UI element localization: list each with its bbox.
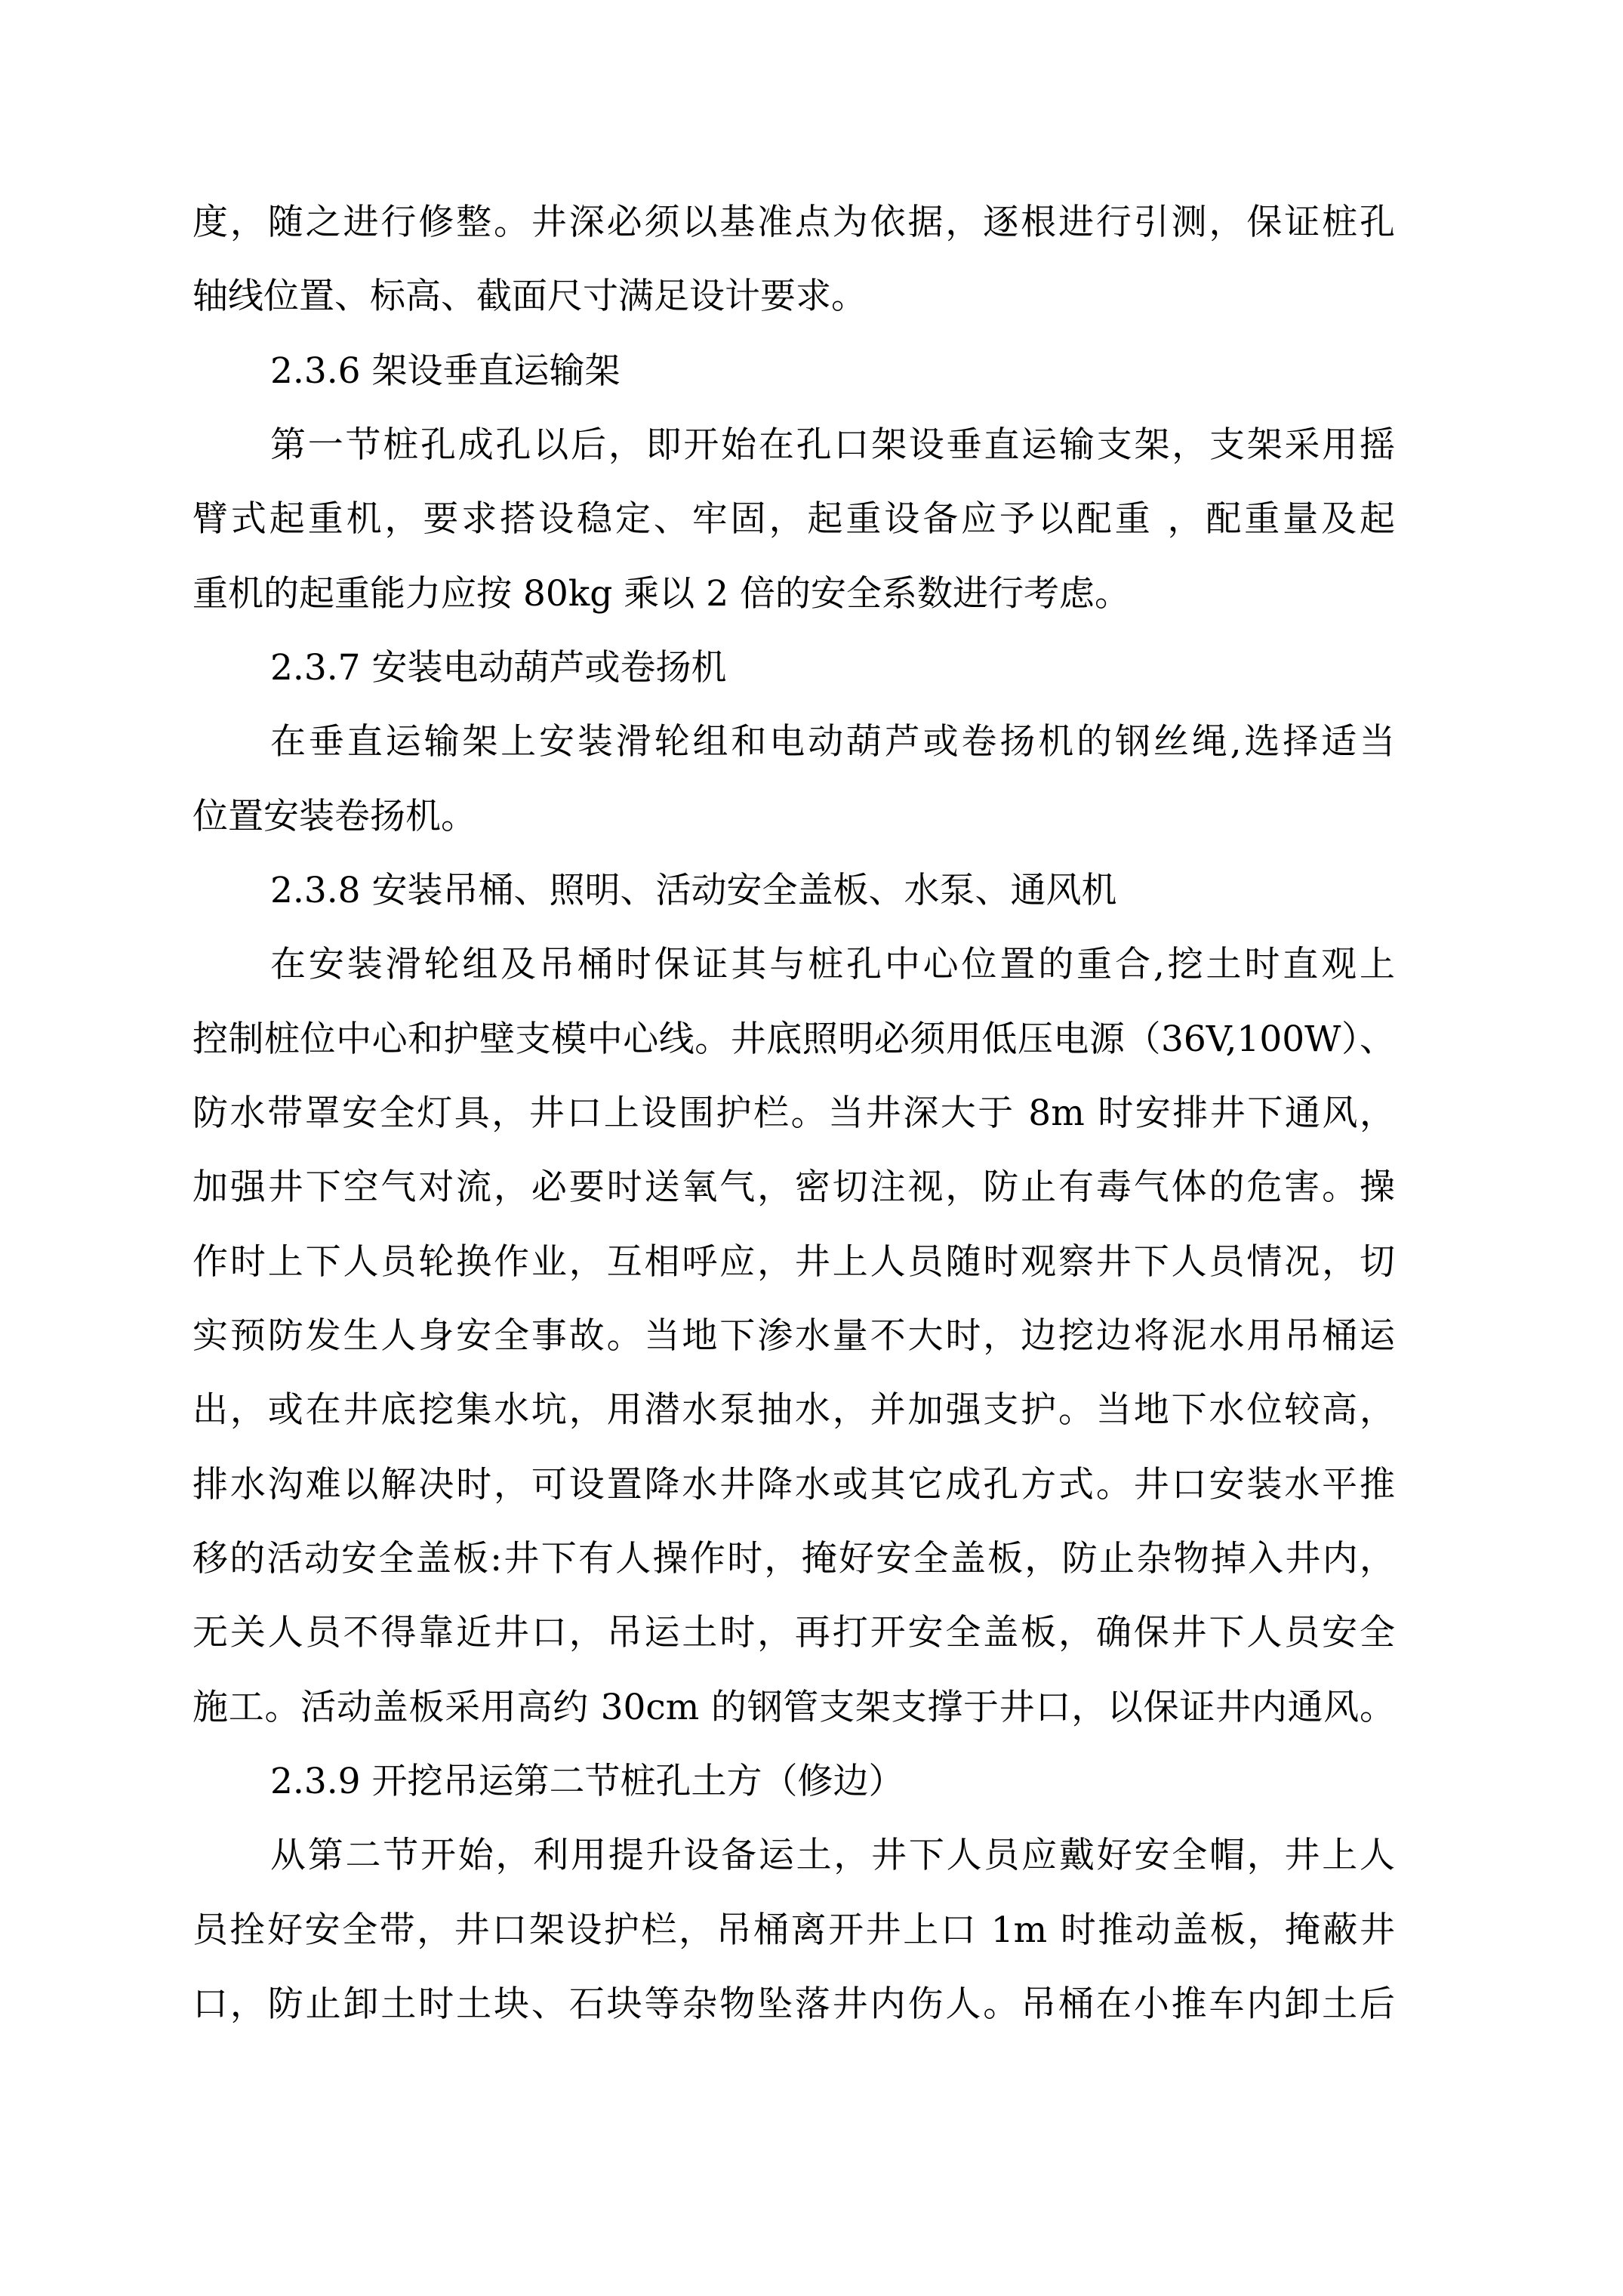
text-line: 臂式起重机，要求搭设稳定、牢固，起重设备应予以配重 ，配重量及起 — [192, 482, 1395, 556]
section-heading-2-3-6: 2.3.6 架设垂直运输架 — [192, 334, 1395, 408]
text-line: 移的活动安全盖板:井下有人操作时，掩好安全盖板，防止杂物掉入井内， — [192, 1522, 1395, 1596]
text-line: 加强井下空气对流，必要时送氧气，密切注视，防止有毒气体的危害。操 — [192, 1151, 1395, 1225]
text-line: 口，防止卸土时土块、石块等杂物坠落井内伤人。吊桶在小推车内卸土后 — [192, 1968, 1395, 2042]
text-line: 重机的起重能力应按 80kg 乘以 2 倍的安全系数进行考虑。 — [192, 557, 1395, 631]
section-heading-2-3-9: 2.3.9 开挖吊运第二节桩孔土方（修边） — [192, 1745, 1395, 1819]
text-line: 在垂直运输架上安装滑轮组和电动葫芦或卷扬机的钢丝绳,选择适当 — [192, 705, 1395, 779]
text-line: 实预防发生人身安全事故。当地下渗水量不大时，边挖边将泥水用吊桶运 — [192, 1299, 1395, 1373]
section-heading-2-3-8: 2.3.8 安装吊桶、照明、活动安全盖板、水泵、通风机 — [192, 854, 1395, 928]
text-content: 度，随之进行修整。井深必须以基准点为依据，逐根进行引测，保证桩孔 轴线位置、标高… — [192, 186, 1395, 2042]
section-heading-2-3-7: 2.3.7 安装电动葫芦或卷扬机 — [192, 631, 1395, 705]
text-line: 从第二节开始，利用提升设备运土，井下人员应戴好安全帽，井上人 — [192, 1819, 1395, 1893]
text-line: 位置安装卷扬机。 — [192, 780, 1395, 854]
text-line: 第一节桩孔成孔以后，即开始在孔口架设垂直运输支架，支架采用摇 — [192, 408, 1395, 482]
text-line: 排水沟难以解决时，可设置降水井降水或其它成孔方式。井口安装水平推 — [192, 1448, 1395, 1522]
text-line: 在安装滑轮组及吊桶时保证其与桩孔中心位置的重合,挖土时直观上 — [192, 928, 1395, 1002]
text-line: 防水带罩安全灯具，井口上设围护栏。当井深大于 8m 时安排井下通风， — [192, 1077, 1395, 1151]
text-line: 施工。活动盖板采用高约 30cm 的钢管支架支撑于井口，以保证井内通风。 — [192, 1671, 1395, 1745]
document-page: 度，随之进行修整。井深必须以基准点为依据，逐根进行引测，保证桩孔 轴线位置、标高… — [0, 0, 1623, 2296]
text-line: 轴线位置、标高、截面尺寸满足设计要求。 — [192, 260, 1395, 334]
text-line: 控制桩位中心和护壁支模中心线。井底照明必须用低压电源（36V,100W）、 — [192, 1003, 1395, 1077]
text-line: 出，或在井底挖集水坑，用潜水泵抽水，并加强支护。当地下水位较高， — [192, 1373, 1395, 1447]
text-line: 作时上下人员轮换作业，互相呼应，井上人员随时观察井下人员情况，切 — [192, 1225, 1395, 1299]
text-line: 无关人员不得靠近井口，吊运土时，再打开安全盖板，确保井下人员安全 — [192, 1596, 1395, 1670]
text-line: 员拴好安全带，井口架设护栏，吊桶离开井上口 1m 时推动盖板，掩蔽井 — [192, 1894, 1395, 1968]
text-line: 度，随之进行修整。井深必须以基准点为依据，逐根进行引测，保证桩孔 — [192, 186, 1395, 260]
